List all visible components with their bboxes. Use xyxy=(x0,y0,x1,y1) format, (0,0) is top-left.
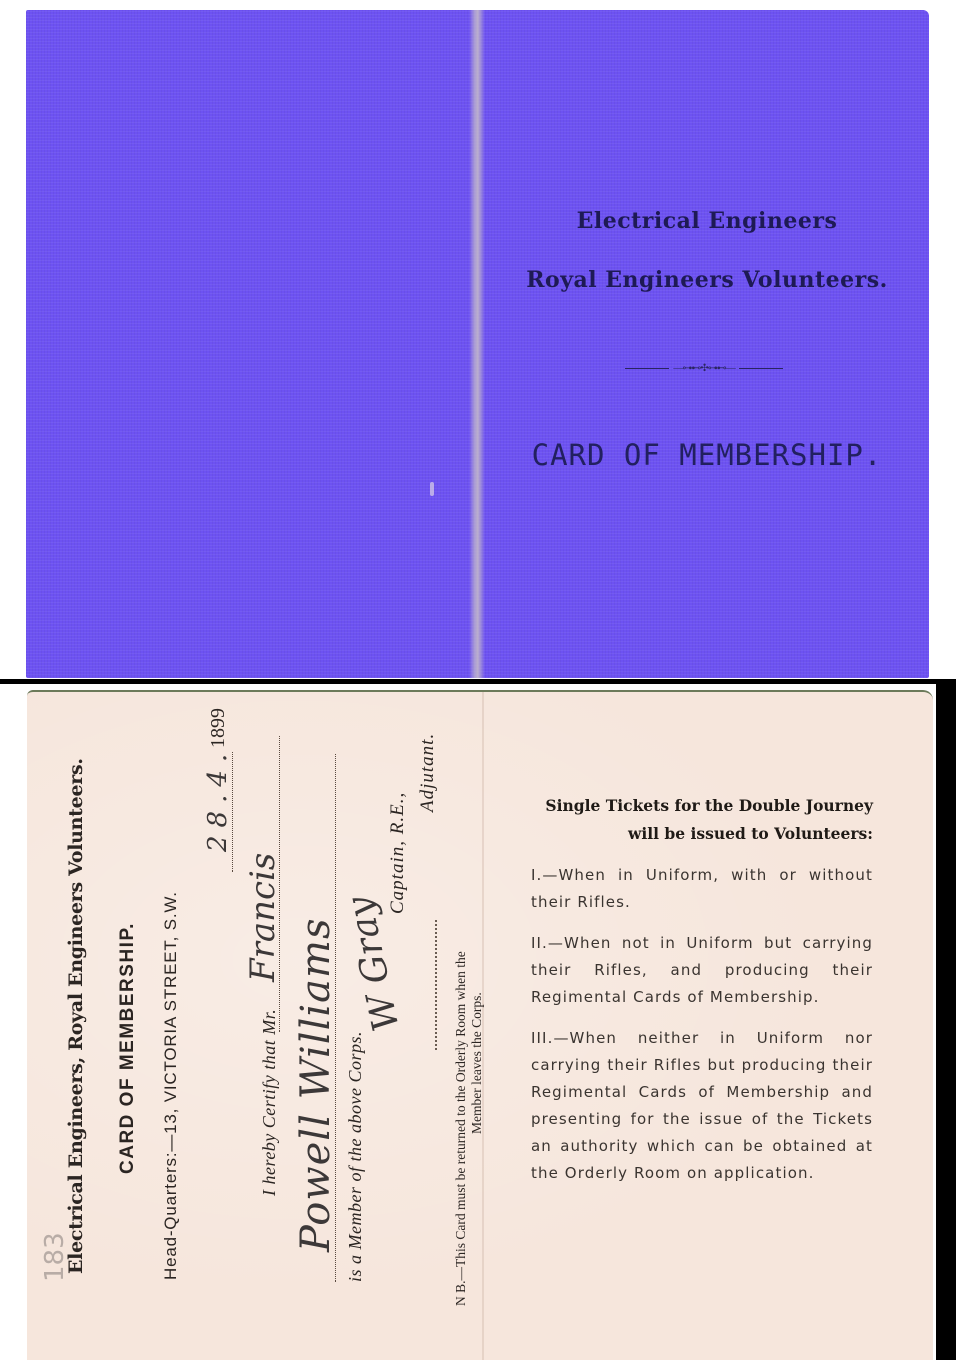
member-last-name: Powell Williams xyxy=(293,918,339,1252)
year-printed: 1899 xyxy=(207,708,230,748)
card-inside: Electrical Engineers, Royal Engineers Vo… xyxy=(27,690,933,1360)
cover-back-panel xyxy=(26,10,469,678)
rules-heading: Single Tickets for the Double Journey wi… xyxy=(513,792,873,848)
pencil-catalog-number: 183 xyxy=(40,1232,70,1282)
rule-text: I.—When in Uniform, with or without thei… xyxy=(531,862,873,916)
certificate-panel: Electrical Engineers, Royal Engineers Vo… xyxy=(57,702,457,1292)
rule-item: I.—When in Uniform, with or without thei… xyxy=(513,862,873,916)
member-first-name: Francis xyxy=(243,853,283,982)
certificate-title: CARD OF MEMBERSHIP. xyxy=(117,922,139,1174)
rule-body: When not in Uniform but carrying their R… xyxy=(531,934,873,1006)
cover-title-line2: Royal Engineers Volunteers. xyxy=(485,267,929,293)
headquarters-address: Head-Quarters:—13, VICTORIA STREET, S.W. xyxy=(161,891,181,1280)
image-divider xyxy=(0,679,956,684)
ticket-rules-panel: Single Tickets for the Double Journey wi… xyxy=(513,792,873,1187)
flourish-icon: —⊶⊷✣⊶⊷— xyxy=(669,363,738,374)
rule-number: III.— xyxy=(531,1029,570,1047)
corps-name: Electrical Engineers, Royal Engineers Vo… xyxy=(65,758,87,1274)
rule-item: II.—When not in Uniform but carrying the… xyxy=(513,930,873,1011)
rule-text: III.—When neither in Uniform nor carryin… xyxy=(531,1025,873,1187)
ornament-rule-left xyxy=(625,368,669,369)
rule-text: II.—When not in Uniform but carrying the… xyxy=(531,930,873,1011)
note-line-2: Member leaves the Corps. xyxy=(469,992,485,1134)
scan-border xyxy=(936,684,956,1360)
date-field: 28.4. 1899 xyxy=(205,722,239,872)
ornament-rule-right xyxy=(739,368,783,369)
signature-line xyxy=(435,920,437,1050)
member-text: is a Member of the above Corps. xyxy=(345,1031,366,1282)
rule-body: When neither in Uniform nor carrying the… xyxy=(531,1029,873,1182)
cover-spine-fold xyxy=(469,10,485,678)
date-handwritten: 28.4. xyxy=(203,746,233,852)
ornament-divider: —⊶⊷✣⊶⊷— xyxy=(625,364,783,372)
cover-title-line1: Electrical Engineers xyxy=(485,208,929,234)
adjutant-role: Adjutant. xyxy=(417,733,439,812)
rule-number: II.— xyxy=(531,934,564,952)
rule-number: I.— xyxy=(531,866,559,884)
adjutant-rank: Captain, R.E., xyxy=(387,792,409,914)
note-line-1: N B.—This Card must be returned to the O… xyxy=(453,951,469,1306)
pinhole-mark xyxy=(430,482,434,496)
adjutant-signature: W Gray xyxy=(339,893,407,1035)
card-cover: Electrical Engineers Royal Engineers Vol… xyxy=(26,10,929,678)
rule-body: When in Uniform, with or without their R… xyxy=(531,866,873,911)
rule-item: III.—When neither in Uniform nor carryin… xyxy=(513,1025,873,1187)
cover-card-title: CARD OF MEMBERSHIP. xyxy=(485,438,929,472)
cover-front-panel: Electrical Engineers Royal Engineers Vol… xyxy=(485,10,929,678)
name-dotted-line xyxy=(335,754,336,1282)
certify-text: I hereby Certify that Mr. xyxy=(259,1009,280,1196)
